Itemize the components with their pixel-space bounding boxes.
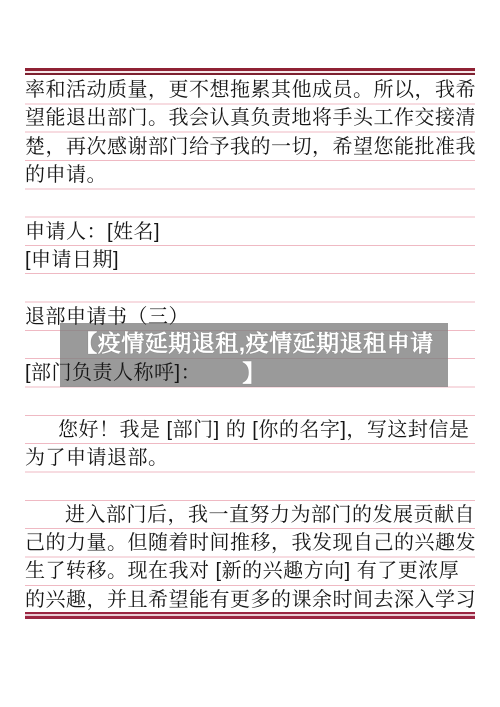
document-line: 楚，再次感谢部门给予我的一切，希望您能批准我 — [25, 133, 475, 161]
bottom-double-rule — [25, 612, 475, 619]
document-line: 的兴趣，并且希望能有更多的课余时间去深入学习 — [25, 586, 475, 614]
document-line — [25, 387, 475, 415]
document-line: 为了申请退部。 — [25, 444, 475, 472]
document-line: 望能退出部门。我会认真负责地将手头工作交接清 — [25, 104, 475, 132]
document-line: 率和活动质量，更不想拖累其他成员。所以，我希 — [25, 76, 475, 104]
document-line-section-title: 退部申请书（三） — [25, 303, 475, 331]
top-rule-thin-line — [25, 73, 475, 75]
document-line: 的申请。 — [25, 161, 475, 189]
document-line-applicant: 申请人：[姓名] — [25, 218, 475, 246]
document-line — [25, 331, 475, 359]
document-line-date: [申请日期] — [25, 246, 475, 274]
document-line: 生了转移。现在我对 [新的兴趣方向] 有了更浓厚 — [25, 557, 475, 585]
document-line — [25, 189, 475, 217]
document-line: 进入部门后，我一直努力为部门的发展贡献自 — [25, 501, 475, 529]
document-line: 己的力量。但随着时间推移，我发现自己的兴趣发 — [25, 529, 475, 557]
document-line-salutation: [部门负责人称呼]： — [25, 359, 475, 387]
document-line — [25, 472, 475, 500]
document-page: 率和活动质量，更不想拖累其他成员。所以，我希 望能退出部门。我会认真负责地将手头… — [0, 0, 500, 707]
top-double-rule — [25, 68, 475, 75]
bottom-rule-thick-line — [25, 616, 475, 619]
document-line — [25, 274, 475, 302]
document-line: 您好！我是 [部门] 的 [你的名字]，写这封信是 — [25, 416, 475, 444]
document-text-area: 率和活动质量，更不想拖累其他成员。所以，我希 望能退出部门。我会认真负责地将手头… — [25, 76, 475, 614]
